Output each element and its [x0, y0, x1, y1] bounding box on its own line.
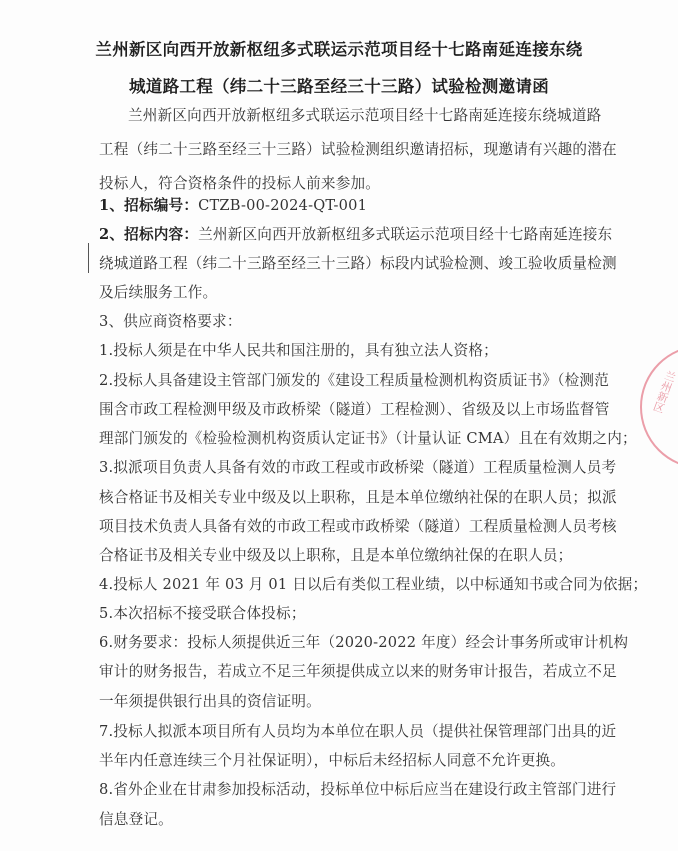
- section-bid-content: 2、招标内容：兰州新区向西开放新枢纽多式联运示范项目经十七路南延连接东: [99, 225, 612, 245]
- document-title-line1: 兰州新区向西开放新枢纽多式联运示范项目经十七路南延连接东绕: [0, 36, 678, 60]
- qualification-7-line-1: 7.投标人拟派本项目所有人员均为本单位在职人员（提供社保管理部门出具的近: [99, 722, 616, 742]
- qualification-2-line-2: 围含市政工程检测甲级及市政桥梁（隧道）工程检测）、省级及以上市场监督管: [99, 400, 609, 420]
- qualification-4-line-1: 4.投标人 2021 年 03 月 01 日以后有类似工程业绩，以中标通知书或合…: [99, 575, 647, 595]
- bid-number-label: 1、招标编号：: [99, 197, 198, 214]
- qualification-5-line-1: 5.本次招标不接受联合体投标；: [99, 604, 306, 624]
- qualification-2-line-1: 2.投标人具备建设主管部门颁发的《建设工程质量检测机构资质证书》（检测范: [99, 371, 609, 391]
- section-qualifications-heading: 3、供应商资格要求：: [99, 312, 242, 332]
- qualification-3-line-1: 3.拟派项目负责人具备有效的市政工程或市政桥梁（隧道）工程质量检测人员考: [99, 458, 616, 478]
- document-title-line2: 城道路工程（纬二十三路至经三十三路）试验检测邀请函: [0, 73, 678, 97]
- qualification-8-line-1: 8.省外企业在甘肃参加投标活动，投标单位中标后应当在建设行政主管部门进行: [99, 780, 616, 800]
- qualification-6-line-1: 6.财务要求：投标人须提供近三年（2020-2022 年度）经会计事务所或审计机…: [99, 633, 628, 653]
- bid-content-line-1: 兰州新区向西开放新枢纽多式联运示范项目经十七路南延连接东: [198, 226, 612, 243]
- margin-mark: [88, 243, 89, 273]
- bid-content-line-3: 及后续服务工作。: [99, 283, 217, 303]
- qualification-6-line-2: 审计的财务报告，若成立不足三年须提供成立以来的财务审计报告，若成立不足: [99, 662, 617, 682]
- qualification-8-line-2: 信息登记。: [99, 810, 173, 830]
- document-page: 兰州新区向西开放新枢纽多式联运示范项目经十七路南延连接东绕 城道路工程（纬二十三…: [0, 0, 678, 851]
- bid-content-line-2: 绕城道路工程（纬二十三路至经三十三路）标段内试验检测、竣工验收质量检测: [99, 254, 617, 274]
- qualification-3-line-2: 核合格证书及相关专业中级及以上职称，且是本单位缴纳社保的在职人员；拟派: [99, 488, 617, 508]
- qualification-7-line-2: 半年内任意连续三个月社保证明），中标后未经招标人同意不允许更换。: [99, 751, 565, 771]
- intro-line-3: 投标人，符合资格条件的投标人前来参加。: [99, 174, 380, 194]
- qualification-1-line-1: 1.投标人须是在中华人民共和国注册的，具有独立法人资格；: [99, 341, 498, 361]
- qualification-2-line-3: 理部门颁发的《检验检测机构资质认定证书》（计量认证 CMA）且在有效期之内；: [99, 429, 637, 449]
- bid-content-label: 2、招标内容：: [99, 226, 198, 243]
- qualification-3-line-3: 项目技术负责人具备有效的市政工程或市政桥梁（隧道）工程质量检测人员考核: [99, 517, 617, 537]
- qualification-6-line-3: 一年须提供银行出具的资信证明。: [99, 692, 321, 712]
- intro-line-2: 工程（纬二十三路至经三十三路）试验检测组织邀请招标，现邀请有兴趣的潜在: [99, 140, 617, 160]
- intro-line-1: 兰州新区向西开放新枢纽多式联运示范项目经十七路南延连接东绕城道路: [128, 106, 601, 126]
- bid-number-value: CTZB-00-2024-QT-001: [198, 197, 367, 214]
- qualification-3-line-4: 合格证书及相关专业中级及以上职称，且是本单位缴纳社保的在职人员；: [99, 546, 572, 566]
- section-bid-number: 1、招标编号：CTZB-00-2024-QT-001: [99, 196, 367, 216]
